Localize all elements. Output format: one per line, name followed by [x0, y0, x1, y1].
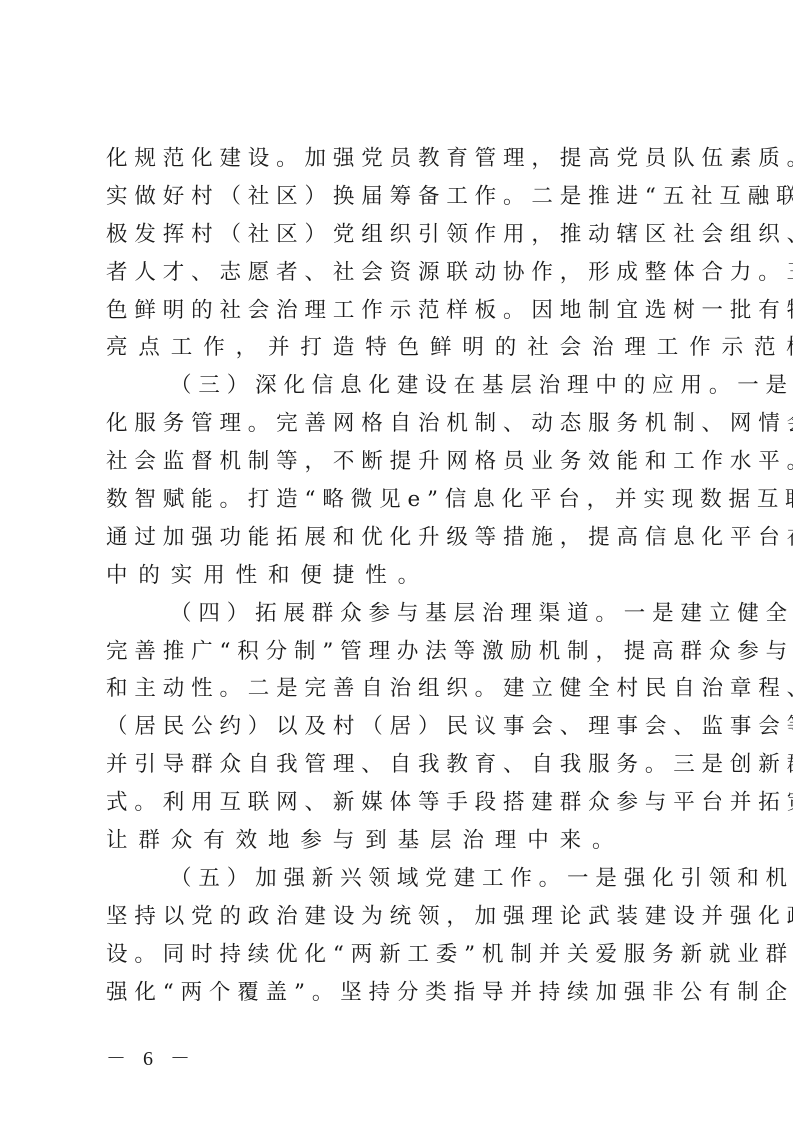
text-line: 设 。 同 时 持 续 优 化 “ 两 新 工 委 ” 机 制 并 关 爱 服 … [106, 936, 696, 974]
body-text: 化 规 范 化 建 设 。 加 强 党 员 教 育 管 理 ， 提 高 党 员 … [106, 140, 696, 1011]
section-heading-line: （ 五 ） 加 强 新 兴 领 域 党 建 工 作 。 一 是 强 化 引 领 … [106, 860, 696, 898]
document-page: 化 规 范 化 建 设 。 加 强 党 员 教 育 管 理 ， 提 高 党 员 … [0, 0, 793, 1122]
text-line: 数 智 赋 能 。 打 造 “ 略 微 见 e ” 信 息 化 平 台 ， 并 … [106, 481, 696, 519]
text-line: 通 过 加 强 功 能 拓 展 和 优 化 升 级 等 措 施 ， 提 高 信 … [106, 519, 696, 557]
page-number: － 6 － [106, 1042, 196, 1071]
text-line: 强 化 “ 两 个 覆 盖 ” 。 坚 持 分 类 指 导 并 持 续 加 强 … [106, 974, 696, 1012]
text-line: 式 。 利 用 互 联 网 、 新 媒 体 等 手 段 搭 建 群 众 参 与 … [106, 784, 696, 822]
text-line: 者 人 才 、 志 愿 者 、 社 会 资 源 联 动 协 作 ， 形 成 整 … [106, 254, 696, 292]
text-line: 色 鲜 明 的 社 会 治 理 工 作 示 范 样 板 。 因 地 制 宜 选 … [106, 292, 696, 330]
text-line: 亮点工作，并打造特色鲜明的社会治理工作示范样板。 [106, 329, 696, 367]
text-line: （ 居 民 公 约 ） 以 及 村 （ 居 ） 民 议 事 会 、 理 事 会 … [106, 708, 696, 746]
text-line: 完 善 推 广 “ 积 分 制 ” 管 理 办 法 等 激 励 机 制 ， 提 … [106, 633, 696, 671]
text-line: 化 服 务 管 理 。 完 善 网 格 自 治 机 制 、 动 态 服 务 机 … [106, 405, 696, 443]
text-line: 和 主 动 性 。 二 是 完 善 自 治 组 织 。 建 立 健 全 村 民 … [106, 670, 696, 708]
text-line: 让群众有效地参与到基层治理中来。 [106, 822, 696, 860]
text-line: 社 会 监 督 机 制 等 ， 不 断 提 升 网 格 员 业 务 效 能 和 … [106, 443, 696, 481]
text-line: 并 引 导 群 众 自 我 管 理 、 自 我 教 育 、 自 我 服 务 。 … [106, 746, 696, 784]
text-line: 实 做 好 村 （ 社 区 ） 换 届 筹 备 工 作 。 二 是 推 进 “ … [106, 178, 696, 216]
text-line: 坚 持 以 党 的 政 治 建 设 为 统 领 ， 加 强 理 论 武 装 建 … [106, 898, 696, 936]
text-line: 中的实用性和便捷性。 [106, 557, 696, 595]
section-heading-line: （ 三 ） 深 化 信 息 化 建 设 在 基 层 治 理 中 的 应 用 。 … [106, 367, 696, 405]
section-heading-line: （ 四 ） 拓 展 群 众 参 与 基 层 治 理 渠 道 。 一 是 建 立 … [106, 595, 696, 633]
text-line: 化 规 范 化 建 设 。 加 强 党 员 教 育 管 理 ， 提 高 党 员 … [106, 140, 696, 178]
text-line: 极 发 挥 村 （ 社 区 ） 党 组 织 引 领 作 用 ， 推 动 辖 区 … [106, 216, 696, 254]
